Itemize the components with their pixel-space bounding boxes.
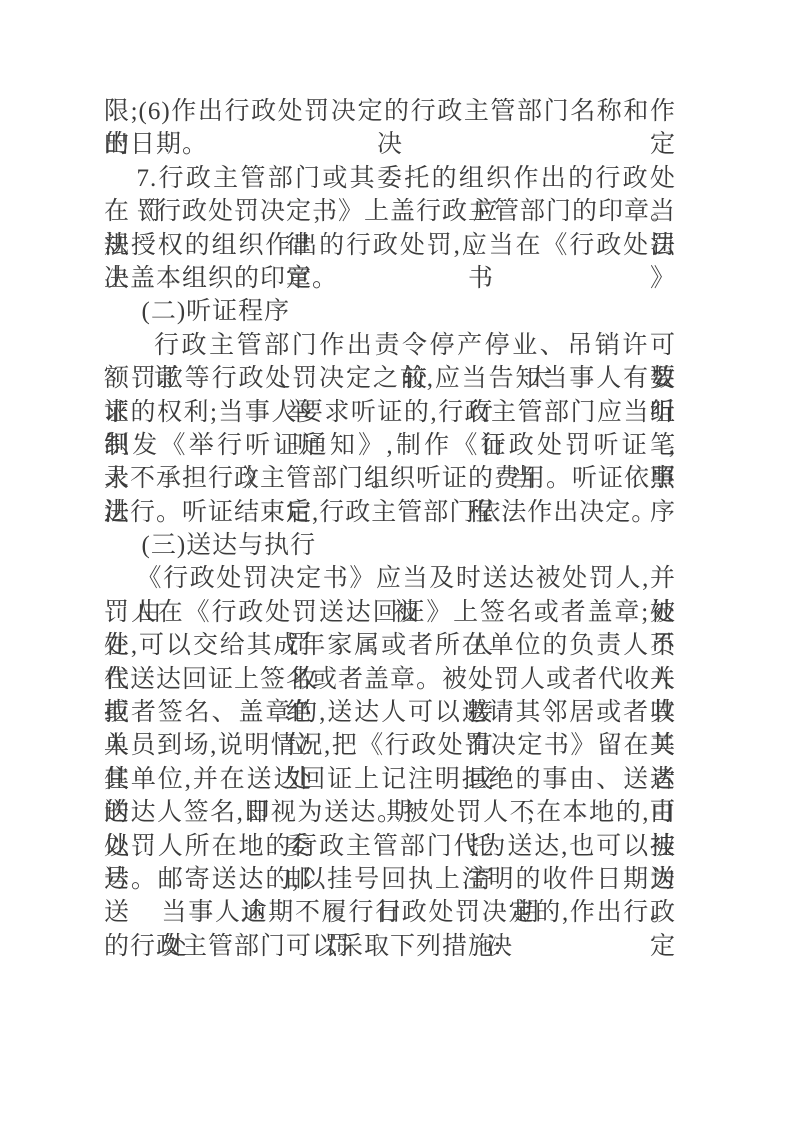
text-line: 《行政处罚决定书》应当及时送达被处罚人,并由被处 (104, 562, 676, 595)
text-line: 或者签名、盖章的,送达人可以邀请其邻居或者其单位有关 (104, 696, 676, 729)
text-line: 证的权利;当事人要求听证的,行政主管部门应当组织听证, (104, 396, 676, 429)
text-line: 当事人逾期不履行行政处罚决定的,作出行政处罚决定 (104, 896, 676, 929)
text-line: 进行。听证结束后,行政主管部门依法作出决定。 (104, 496, 676, 529)
text-block: 限;(6)作出行政处罚决定的行政主管部门名称和作出决定的日期。7.行政主管部门或… (104, 95, 676, 963)
text-line: 人员到场,说明情况,把《行政处罚决定书》留在其住处或者 (104, 729, 676, 762)
text-line: 人不承担行政主管部门组织听证的费用。听证依照法定程序 (104, 462, 676, 495)
text-line: 在《行政处罚决定书》上盖行政主管部门的印章。法律、法 (104, 195, 676, 228)
text-line: (三)送达与执行 (104, 529, 676, 562)
text-line: 行政主管部门作出责令停产停业、吊销许可证、较大数 (104, 329, 676, 362)
text-line: 在,可以交给其成年家属或者所在单位的负责人员代收,并 (104, 629, 676, 662)
text-line: 处罚人所在地的行政主管部门代为送达,也可以挂号邮寄送 (104, 830, 676, 863)
text-line: 罚人在《行政处罚送达回证》上签名或者盖章;被处罚人不 (104, 596, 676, 629)
text-line: 限;(6)作出行政处罚决定的行政主管部门名称和作出决定 (104, 95, 676, 128)
text-line: 额罚款等行政处罚决定之前,应当告知当事人有要求举行听 (104, 362, 676, 395)
text-line: 在送达回证上签名或者盖章。被处罚人或者代收人拒绝接收 (104, 663, 676, 696)
text-line: 7.行政主管部门或其委托的组织作出的行政处罚,应当 (104, 162, 676, 195)
text-line: 其单位,并在送达回证上记注明拒绝的事由、送达的日期,由 (104, 763, 676, 796)
document-page: 限;(6)作出行政处罚决定的行政主管部门名称和作出决定的日期。7.行政主管部门或… (0, 0, 793, 1122)
text-line: 送达人签名,即视为送达。被处罚人不在本地的,可以委托被 (104, 796, 676, 829)
text-line: 达。邮寄送达的,以挂号回执上注明的收件日期为送达日期。 (104, 863, 676, 896)
text-line: 规授权的组织作出的行政处罚,应当在《行政处罚决定书》 (104, 229, 676, 262)
text-line: 制发《举行听证通知》,制作《行政处罚听证笔录》。当事 (104, 429, 676, 462)
text-line: (二)听证程序 (104, 295, 676, 328)
